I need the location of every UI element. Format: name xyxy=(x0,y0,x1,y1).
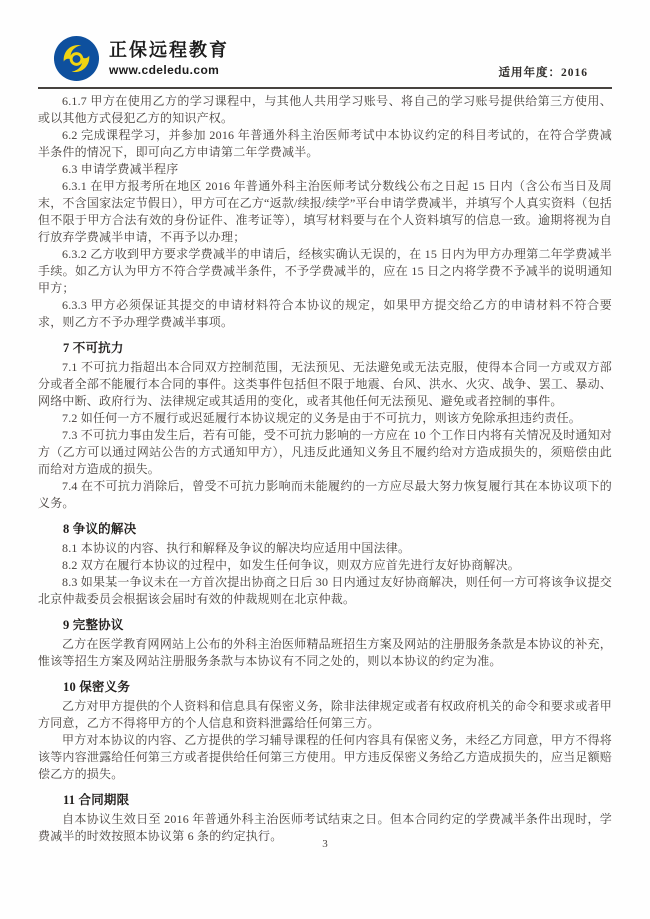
clause-8-1: 8.1 本协议的内容、执行和解释及争议的解决均应适用中国法律。 xyxy=(38,540,612,557)
contract-page: 正保远程教育 www.cdeledu.com 适用年度：2016 6.1.7 甲… xyxy=(0,0,650,919)
clause-10-body-1: 乙方对甲方提供的个人资料和信息具有保密义务，除非法律规定或者有权政府机关的命令和… xyxy=(38,698,612,732)
clause-8-2: 8.2 双方在履行本协议的过程中，如发生任何争议，则双方应首先进行友好协商解决。 xyxy=(38,557,612,574)
clause-6-3-1: 6.3.1 在甲方报考所在地区 2016 年普通外科主治医师考试分数线公布之日起… xyxy=(38,178,612,246)
page-header: 正保远程教育 www.cdeledu.com 适用年度：2016 xyxy=(0,0,650,90)
section-10-heading: 10 保密义务 xyxy=(38,679,612,696)
clause-8-3: 8.3 如果某一争议未在一方首次提出协商之日后 30 日内通过友好协商解决，则任… xyxy=(38,574,612,608)
section-8-heading: 8 争议的解决 xyxy=(38,521,612,538)
page-number: 3 xyxy=(0,838,650,850)
section-9-heading: 9 完整协议 xyxy=(38,617,612,634)
clause-7-4: 7.4 在不可抗力消除后，曾受不可抗力影响而未能履约的一方应尽最大努力恢复履行其… xyxy=(38,478,612,512)
clause-7-3: 7.3 不可抗力事由发生后，若有可能，受不可抗力影响的一方应在 10 个工作日内… xyxy=(38,427,612,478)
brand-website: www.cdeledu.com xyxy=(109,64,229,76)
clause-7-1: 7.1 不可抗力指超出本合同双方控制范围，无法预见、无法避免或无法克服，使得本合… xyxy=(38,359,612,410)
section-7-heading: 7 不可抗力 xyxy=(38,340,612,357)
zhengbao-swirl-logo-icon xyxy=(53,35,100,82)
clause-6-1-7: 6.1.7 甲方在使用乙方的学习课程中，与其他人共用学习账号、将自己的学习账号提… xyxy=(38,93,612,127)
clause-6-3-2: 6.3.2 乙方收到甲方要求学费减半的申请后，经核实确认无误的，在 15 日内为… xyxy=(38,246,612,297)
contract-body: 6.1.7 甲方在使用乙方的学习课程中，与其他人共用学习账号、将自己的学习账号提… xyxy=(38,93,612,845)
clause-10-body-2: 甲方对本协议的内容、乙方提供的学习辅导课程的任何内容具有保密义务，未经乙方同意，… xyxy=(38,732,612,783)
brand-block: 正保远程教育 www.cdeledu.com xyxy=(53,35,229,82)
section-11-heading: 11 合同期限 xyxy=(38,792,612,809)
clause-9-body: 乙方在医学教育网网站上公布的外科主治医师精品班招生方案及网站的注册服务条款是本协… xyxy=(38,636,612,670)
brand-text: 正保远程教育 www.cdeledu.com xyxy=(109,41,229,76)
header-divider xyxy=(38,87,612,89)
clause-6-3-3: 6.3.3 甲方必须保证其提交的申请材料符合本协议的规定，如果甲方提交给乙方的申… xyxy=(38,297,612,331)
clause-6-3: 6.3 申请学费减半程序 xyxy=(38,161,612,178)
brand-name: 正保远程教育 xyxy=(109,41,229,59)
applicable-year-label: 适用年度：2016 xyxy=(499,64,589,80)
clause-7-2: 7.2 如任何一方不履行或迟延履行本协议规定的义务是由于不可抗力，则该方免除承担… xyxy=(38,410,612,427)
clause-6-2: 6.2 完成课程学习，并参加 2016 年普通外科主治医师考试中本协议约定的科目… xyxy=(38,127,612,161)
